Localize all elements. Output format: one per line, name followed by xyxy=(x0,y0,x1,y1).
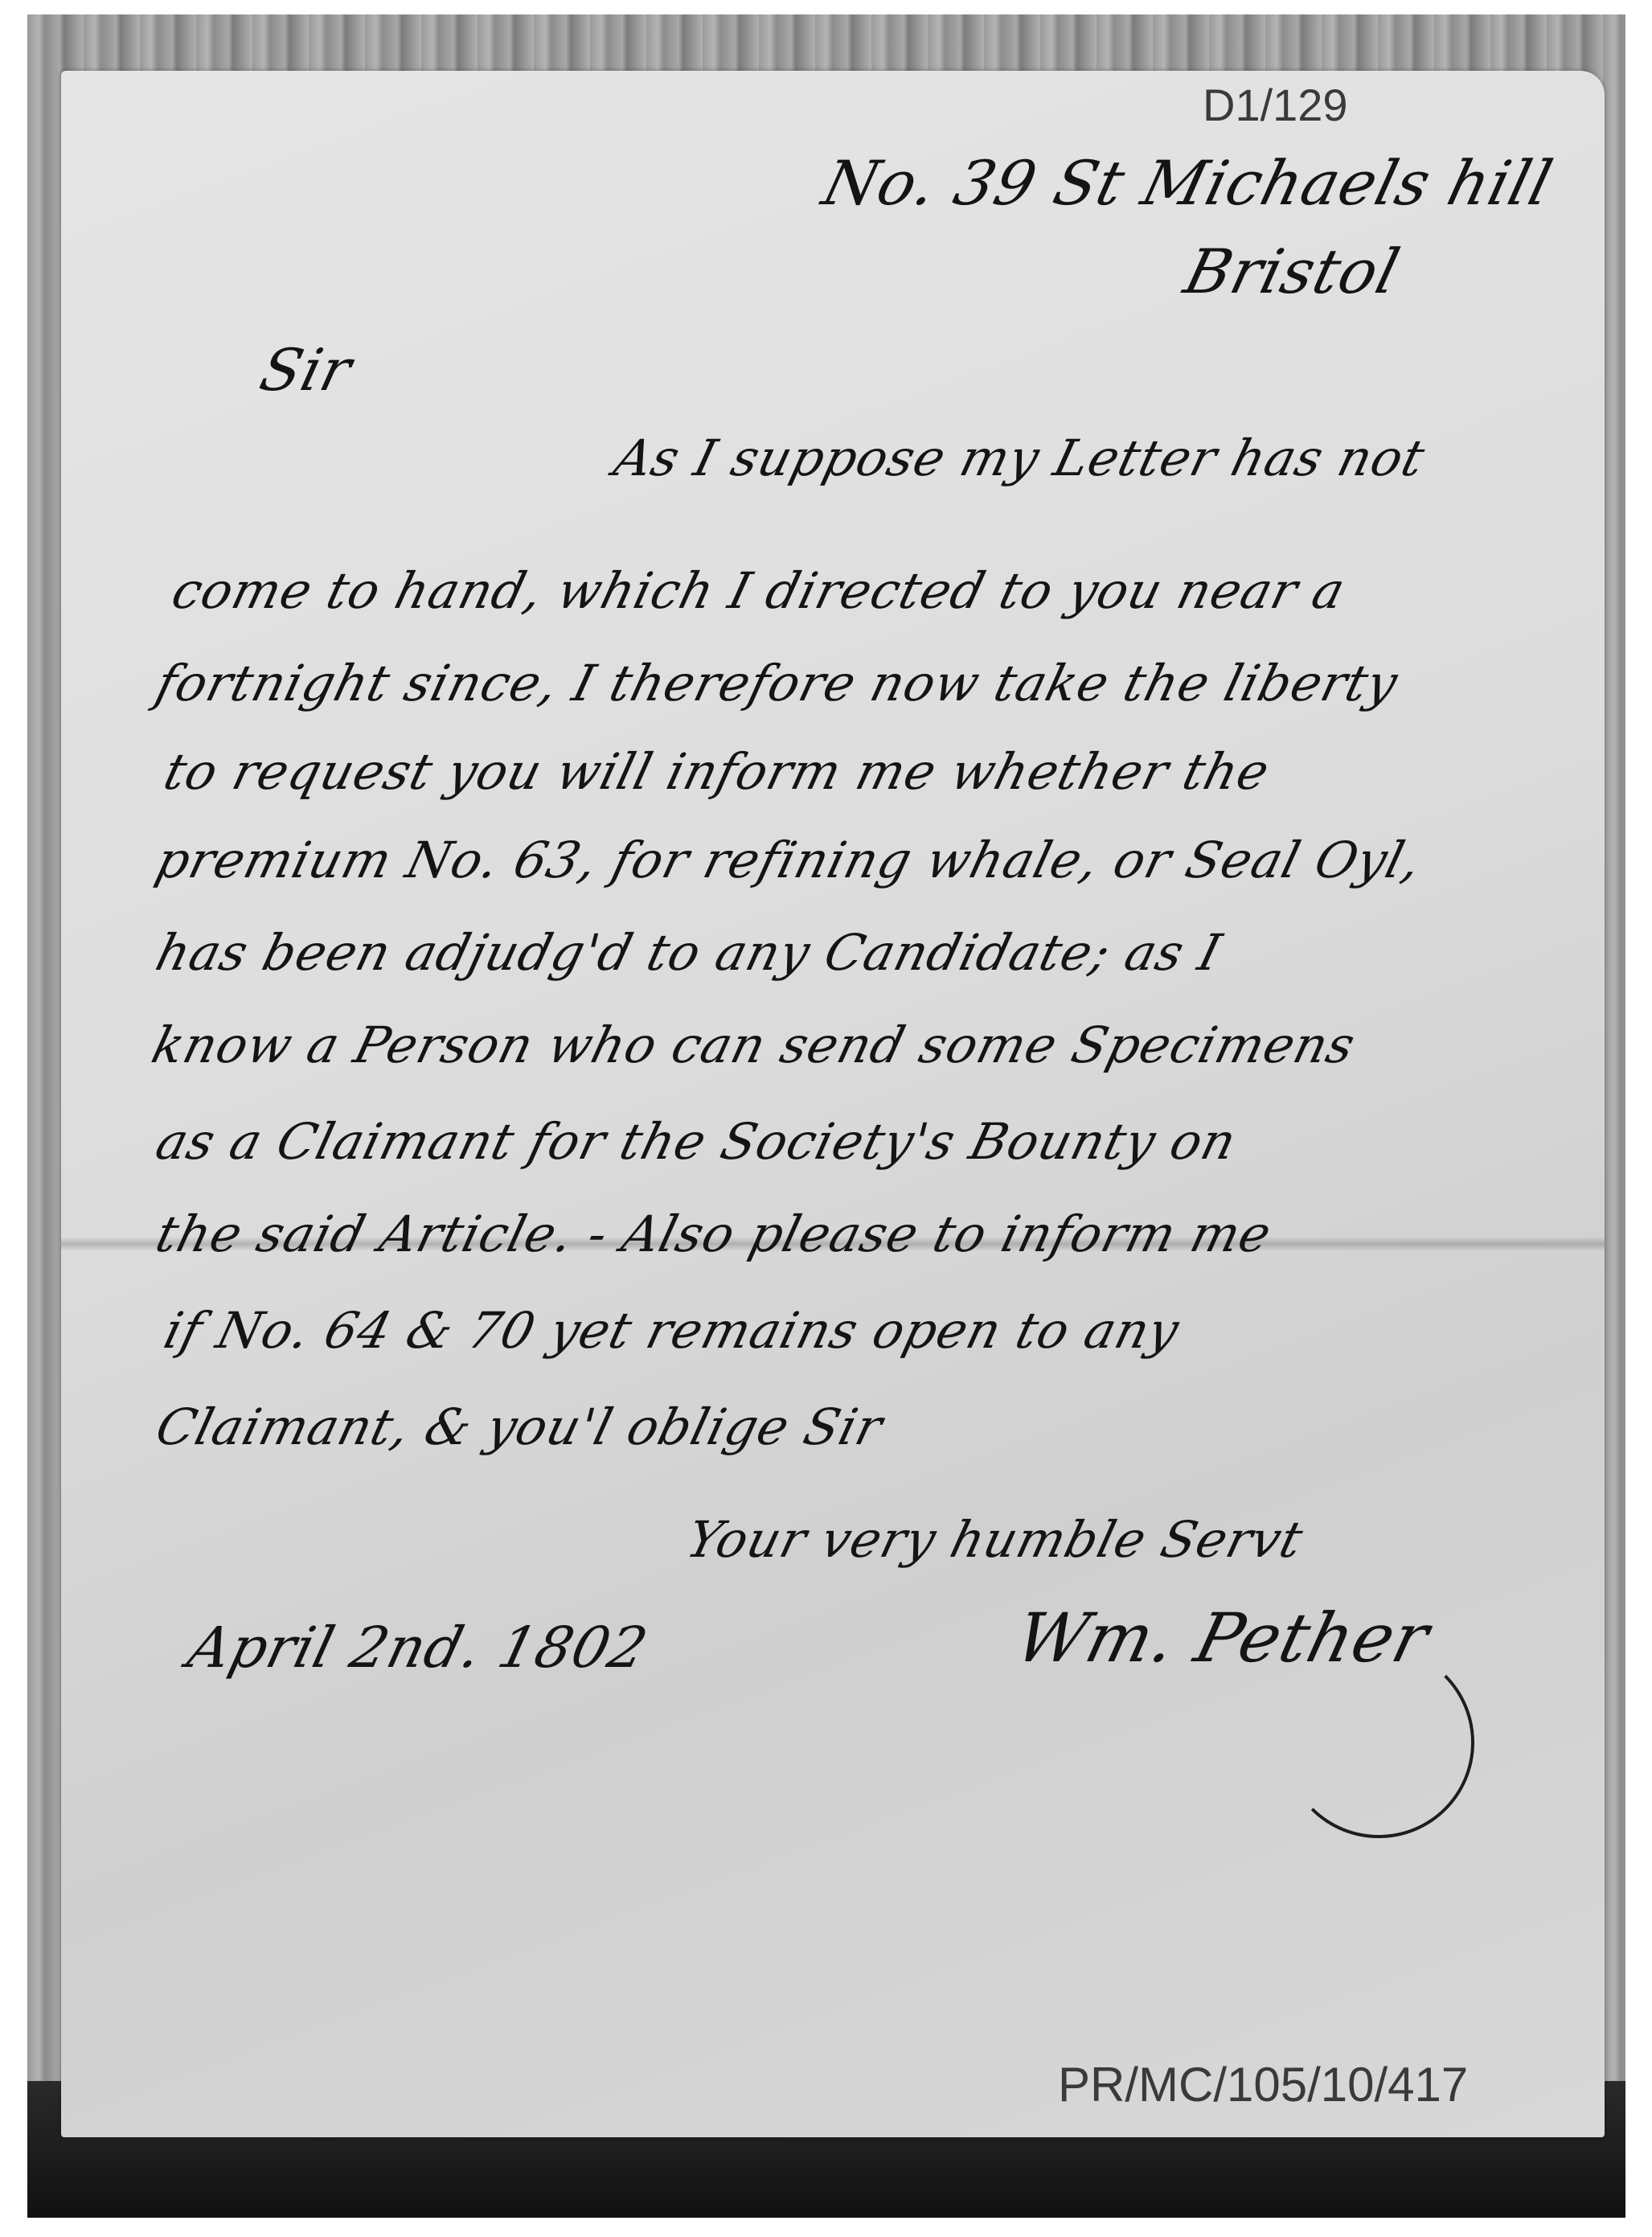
letter-paper: D1/129 No. 39 St Michaels hill Bristol S… xyxy=(61,71,1605,2137)
letter-photograph: D1/129 No. 39 St Michaels hill Bristol S… xyxy=(27,14,1625,2218)
body-line-9: the said Article. - Also please to infor… xyxy=(150,1205,1277,1263)
date: April 2nd. 1802 xyxy=(182,1615,654,1681)
closing: Your very humble Servt xyxy=(681,1510,1310,1569)
body-line-4: to request you will inform me whether th… xyxy=(158,742,1276,801)
body-line-8: as a Claimant for the Society's Bounty o… xyxy=(150,1112,1243,1171)
archive-ref-top: D1/129 xyxy=(1203,79,1348,131)
address-city: Bristol xyxy=(1178,236,1407,307)
address-street: No. 39 St Michaels hill xyxy=(816,147,1560,219)
body-line-6: has been adjudg'd to any Candidate; as I xyxy=(150,923,1228,982)
body-line-11: Claimant, & you'l oblige Sir xyxy=(150,1398,889,1456)
signature-flourish xyxy=(1283,1647,1474,1838)
archive-ref-bottom: PR/MC/105/10/417 xyxy=(1058,2057,1468,2112)
body-line-1: As I suppose my Letter has not xyxy=(609,429,1431,487)
body-line-7: know a Person who can send some Specimen… xyxy=(146,1016,1362,1074)
body-line-3: fortnight since, I therefore now take th… xyxy=(150,654,1404,712)
body-line-5: premium No. 63, for refining whale, or S… xyxy=(150,831,1428,889)
body-line-10: if No. 64 & 70 yet remains open to any xyxy=(158,1301,1186,1360)
salutation: Sir xyxy=(254,336,359,404)
body-line-2: come to hand, which I directed to you ne… xyxy=(166,561,1351,620)
